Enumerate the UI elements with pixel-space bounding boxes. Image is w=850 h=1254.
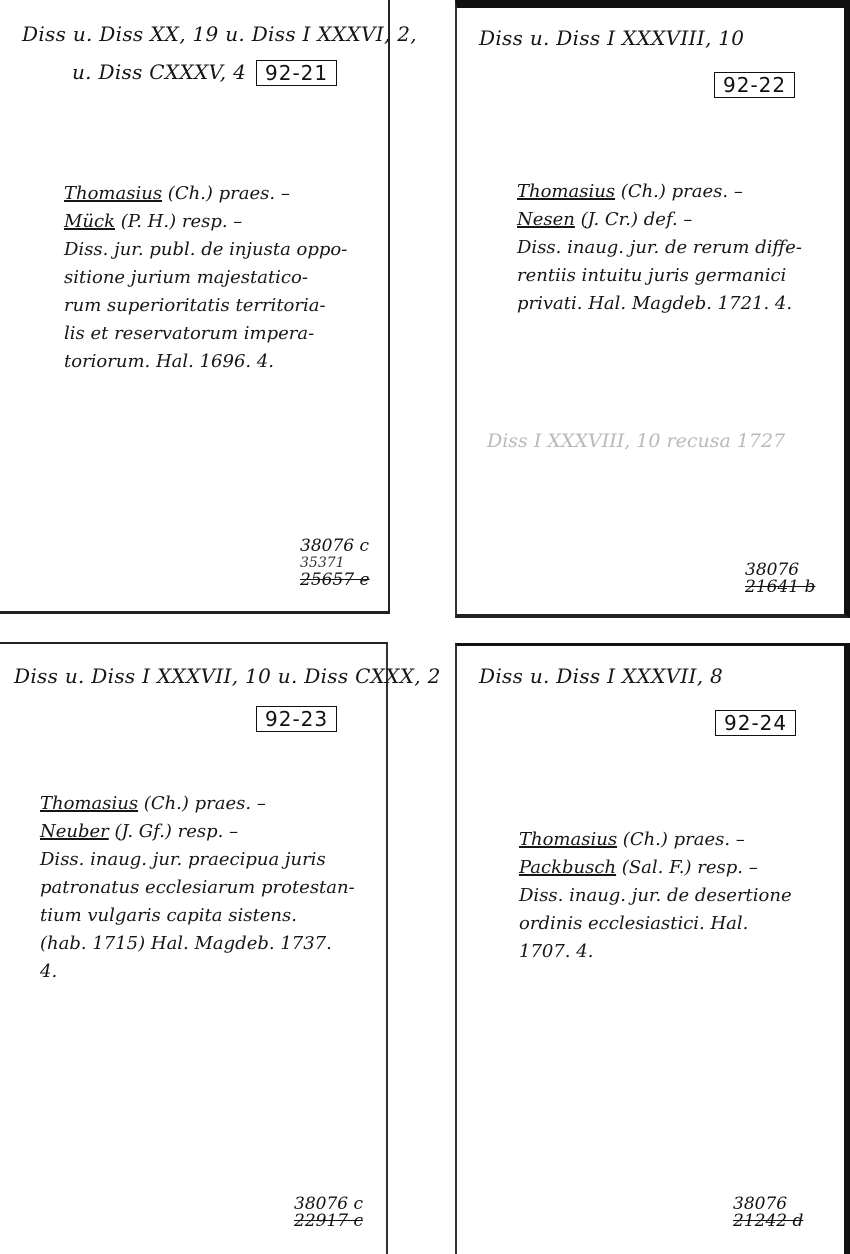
accession-number-struck: 21242 d [733,1213,803,1230]
pencil-note: Diss I XXXVIII, 10 recusa 1727 [487,430,785,452]
accession-numbers: 38076 c 22917 c [294,1196,363,1230]
praeses-line: Thomasius (Ch.) praes. – [64,180,347,208]
praeses-role: (Ch.) praes. – [144,793,266,814]
accession-number-struck: 22917 c [294,1213,363,1230]
title-line: Diss. jur. publ. de injusta oppo- [64,236,347,264]
praeses-role: (Ch.) praes. – [623,829,745,850]
card-entry: Thomasius (Ch.) praes. – Packbusch (Sal.… [519,826,792,966]
call-number: 92-21 [256,60,337,86]
title-line: tium vulgaris capita sistens. [40,902,355,930]
title-line: Diss. inaug. jur. praecipua juris [40,846,355,874]
call-number: 92-22 [714,72,795,98]
title-line: rentiis intuitu juris germanici [517,262,802,290]
card-entry: Thomasius (Ch.) praes. – Nesen (J. Cr.) … [517,178,802,318]
card-reference-line: Diss u. Diss XX, 19 u. Diss I XXXVI, 2, [22,22,417,46]
respondent-role: (P. H.) resp. – [121,211,243,232]
accession-numbers: 38076 21641 b [745,562,815,596]
respondent-role: (J. Gf.) resp. – [115,821,239,842]
accession-numbers: 38076 21242 d [733,1196,803,1230]
title-line: privati. Hal. Magdeb. 1721. 4. [517,290,802,318]
praeses-line: Thomasius (Ch.) praes. – [519,826,792,854]
praeses-line: Thomasius (Ch.) praes. – [40,790,355,818]
respondent-line: Neuber (J. Gf.) resp. – [40,818,355,846]
praeses-name: Thomasius [519,829,617,850]
respondent-role: (J. Cr.) def. – [581,209,693,230]
catalog-card-92-23: Diss u. Diss I XXXVII, 10 u. Diss CXXX, … [0,642,388,1254]
title-line: 4. [40,958,355,986]
title-line: (hab. 1715) Hal. Magdeb. 1737. [40,930,355,958]
catalog-card-92-24: Diss u. Diss I XXXVII, 8 92-24 Thomasius… [455,643,850,1254]
respondent-name: Nesen [517,209,575,230]
card-entry: Thomasius (Ch.) praes. – Neuber (J. Gf.)… [40,790,355,986]
praeses-name: Thomasius [517,181,615,202]
title-line: sitione jurium majestatico- [64,264,347,292]
accession-number-struck: 21641 b [745,579,815,596]
accession-numbers: 38076 c 35371 25657 e [300,538,370,589]
praeses-line: Thomasius (Ch.) praes. – [517,178,802,206]
title-line: patronatus ecclesiarum protestan- [40,874,355,902]
catalog-card-92-21: Diss u. Diss XX, 19 u. Diss I XXXVI, 2, … [0,0,390,614]
card-reference-line-2: u. Diss CXXXV, 4 [72,60,246,84]
respondent-role: (Sal. F.) resp. – [622,857,758,878]
title-line: rum superioritatis territoria- [64,292,347,320]
praeses-role: (Ch.) praes. – [621,181,743,202]
card-reference-line: Diss u. Diss I XXXVII, 10 u. Diss CXXX, … [14,664,441,688]
title-line: Diss. inaug. jur. de desertione [519,882,792,910]
title-line: lis et reservatorum impera- [64,320,347,348]
praeses-name: Thomasius [40,793,138,814]
catalog-card-92-22: Diss u. Diss I XXXVIII, 10 92-22 Thomasi… [455,0,850,618]
title-line: Diss. inaug. jur. de rerum diffe- [517,234,802,262]
card-entry: Thomasius (Ch.) praes. – Mück (P. H.) re… [64,180,347,376]
respondent-name: Packbusch [519,857,616,878]
praeses-name: Thomasius [64,183,162,204]
accession-number-struck: 25657 e [300,572,370,589]
title-line: 1707. 4. [519,938,792,966]
accession-number: 38076 c [300,538,370,555]
respondent-line: Packbusch (Sal. F.) resp. – [519,854,792,882]
card-reference-line: Diss u. Diss I XXXVIII, 10 [479,26,744,50]
respondent-name: Neuber [40,821,109,842]
title-line: toriorum. Hal. 1696. 4. [64,348,347,376]
respondent-line: Nesen (J. Cr.) def. – [517,206,802,234]
call-number: 92-23 [256,706,337,732]
respondent-name: Mück [64,211,115,232]
praeses-role: (Ch.) praes. – [168,183,290,204]
card-reference-line: Diss u. Diss I XXXVII, 8 [479,664,723,688]
respondent-line: Mück (P. H.) resp. – [64,208,347,236]
call-number: 92-24 [715,710,796,736]
title-line: ordinis ecclesiastici. Hal. [519,910,792,938]
